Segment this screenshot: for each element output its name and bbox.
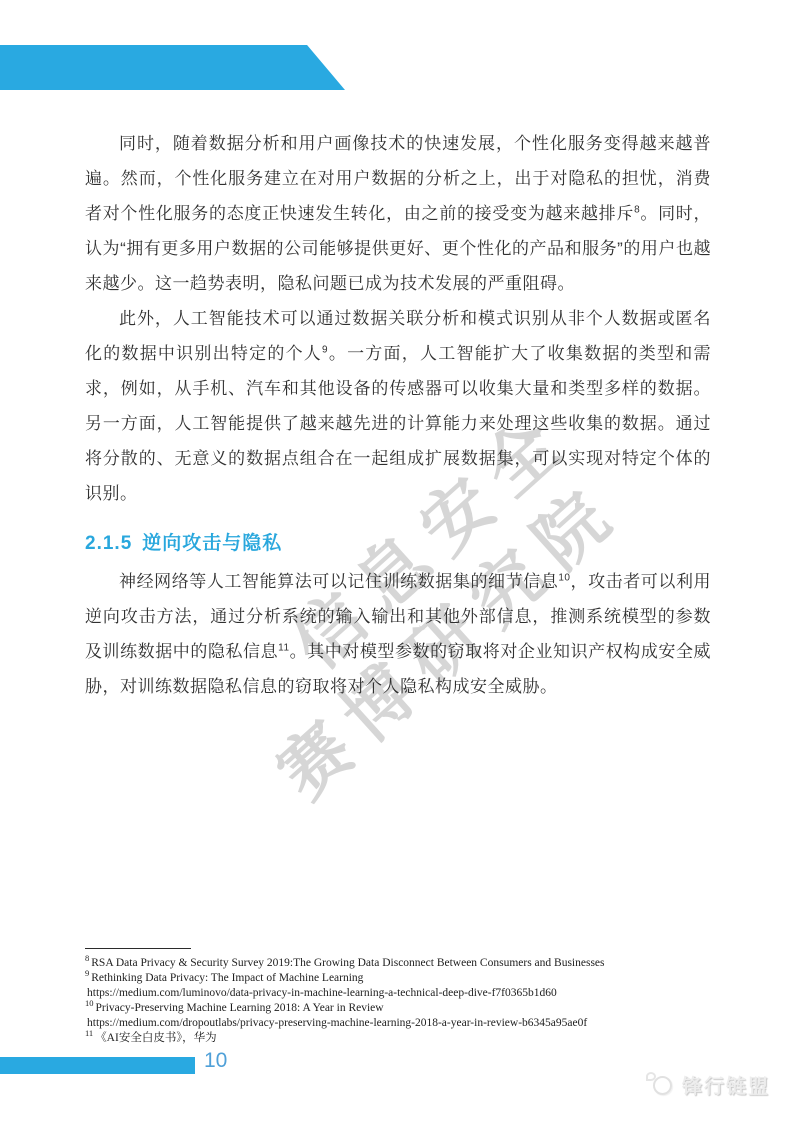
footnote-text: RSA Data Privacy & Security Survey 2019:…	[91, 957, 604, 969]
footnote-9: 9Rethinking Data Privacy: The Impact of …	[85, 971, 717, 986]
footnote-text: 《AI安全白皮书》，华为	[95, 1032, 216, 1044]
body-paragraph-3: 神经网络等人工智能算法可以记住训练数据集的细节信息10，攻击者可以利用逆向攻击方…	[85, 564, 711, 704]
footnote-marker: 11	[85, 1028, 93, 1038]
footnote-text: Rethinking Data Privacy: The Impact of M…	[91, 972, 363, 984]
footnote-text: Privacy-Preserving Machine Learning 2018…	[96, 1002, 384, 1014]
document-page: 信息安全 赛博研究院 同时，随着数据分析和用户画像技术的快速发展，个性化服务变得…	[0, 0, 793, 1122]
footnote-9-url: https://medium.com/luminovo/data-privacy…	[85, 986, 717, 1001]
footnote-separator	[85, 948, 191, 949]
brand-logo-icon	[646, 1072, 674, 1098]
section-heading: 2.1.5逆向攻击与隐私	[85, 528, 711, 555]
brand-logo-text: 锋行链盟	[682, 1070, 770, 1099]
footnotes-block: 8RSA Data Privacy & Security Survey 2019…	[85, 948, 717, 1046]
body-paragraph-2: 此外，人工智能技术可以通过数据关联分析和模式识别从非个人数据或匿名化的数据中识别…	[85, 301, 711, 511]
page-number: 10	[204, 1049, 227, 1073]
body-paragraph-1: 同时，随着数据分析和用户画像技术的快速发展，个性化服务变得越来越普遍。然而，个性…	[85, 126, 711, 301]
footnote-url: https://medium.com/luminovo/data-privacy…	[87, 987, 557, 999]
section-number: 2.1.5	[85, 533, 132, 554]
footnote-marker: 9	[85, 968, 89, 978]
header-banner	[0, 45, 345, 90]
footnote-11: 11《AI安全白皮书》，华为	[85, 1031, 717, 1046]
footnote-marker: 10	[85, 998, 94, 1008]
footnote-10-url: https://medium.com/dropoutlabs/privacy-p…	[85, 1016, 717, 1031]
page-body: 同时，随着数据分析和用户画像技术的快速发展，个性化服务变得越来越普遍。然而，个性…	[85, 126, 711, 704]
footnote-8: 8RSA Data Privacy & Security Survey 2019…	[85, 956, 717, 971]
footnote-url: https://medium.com/dropoutlabs/privacy-p…	[87, 1017, 587, 1029]
footnote-marker: 8	[85, 953, 89, 963]
brand-logo: 锋行链盟	[646, 1070, 770, 1099]
section-title: 逆向攻击与隐私	[142, 533, 282, 554]
footnote-10: 10Privacy-Preserving Machine Learning 20…	[85, 1001, 717, 1016]
footer-bar	[0, 1057, 195, 1074]
